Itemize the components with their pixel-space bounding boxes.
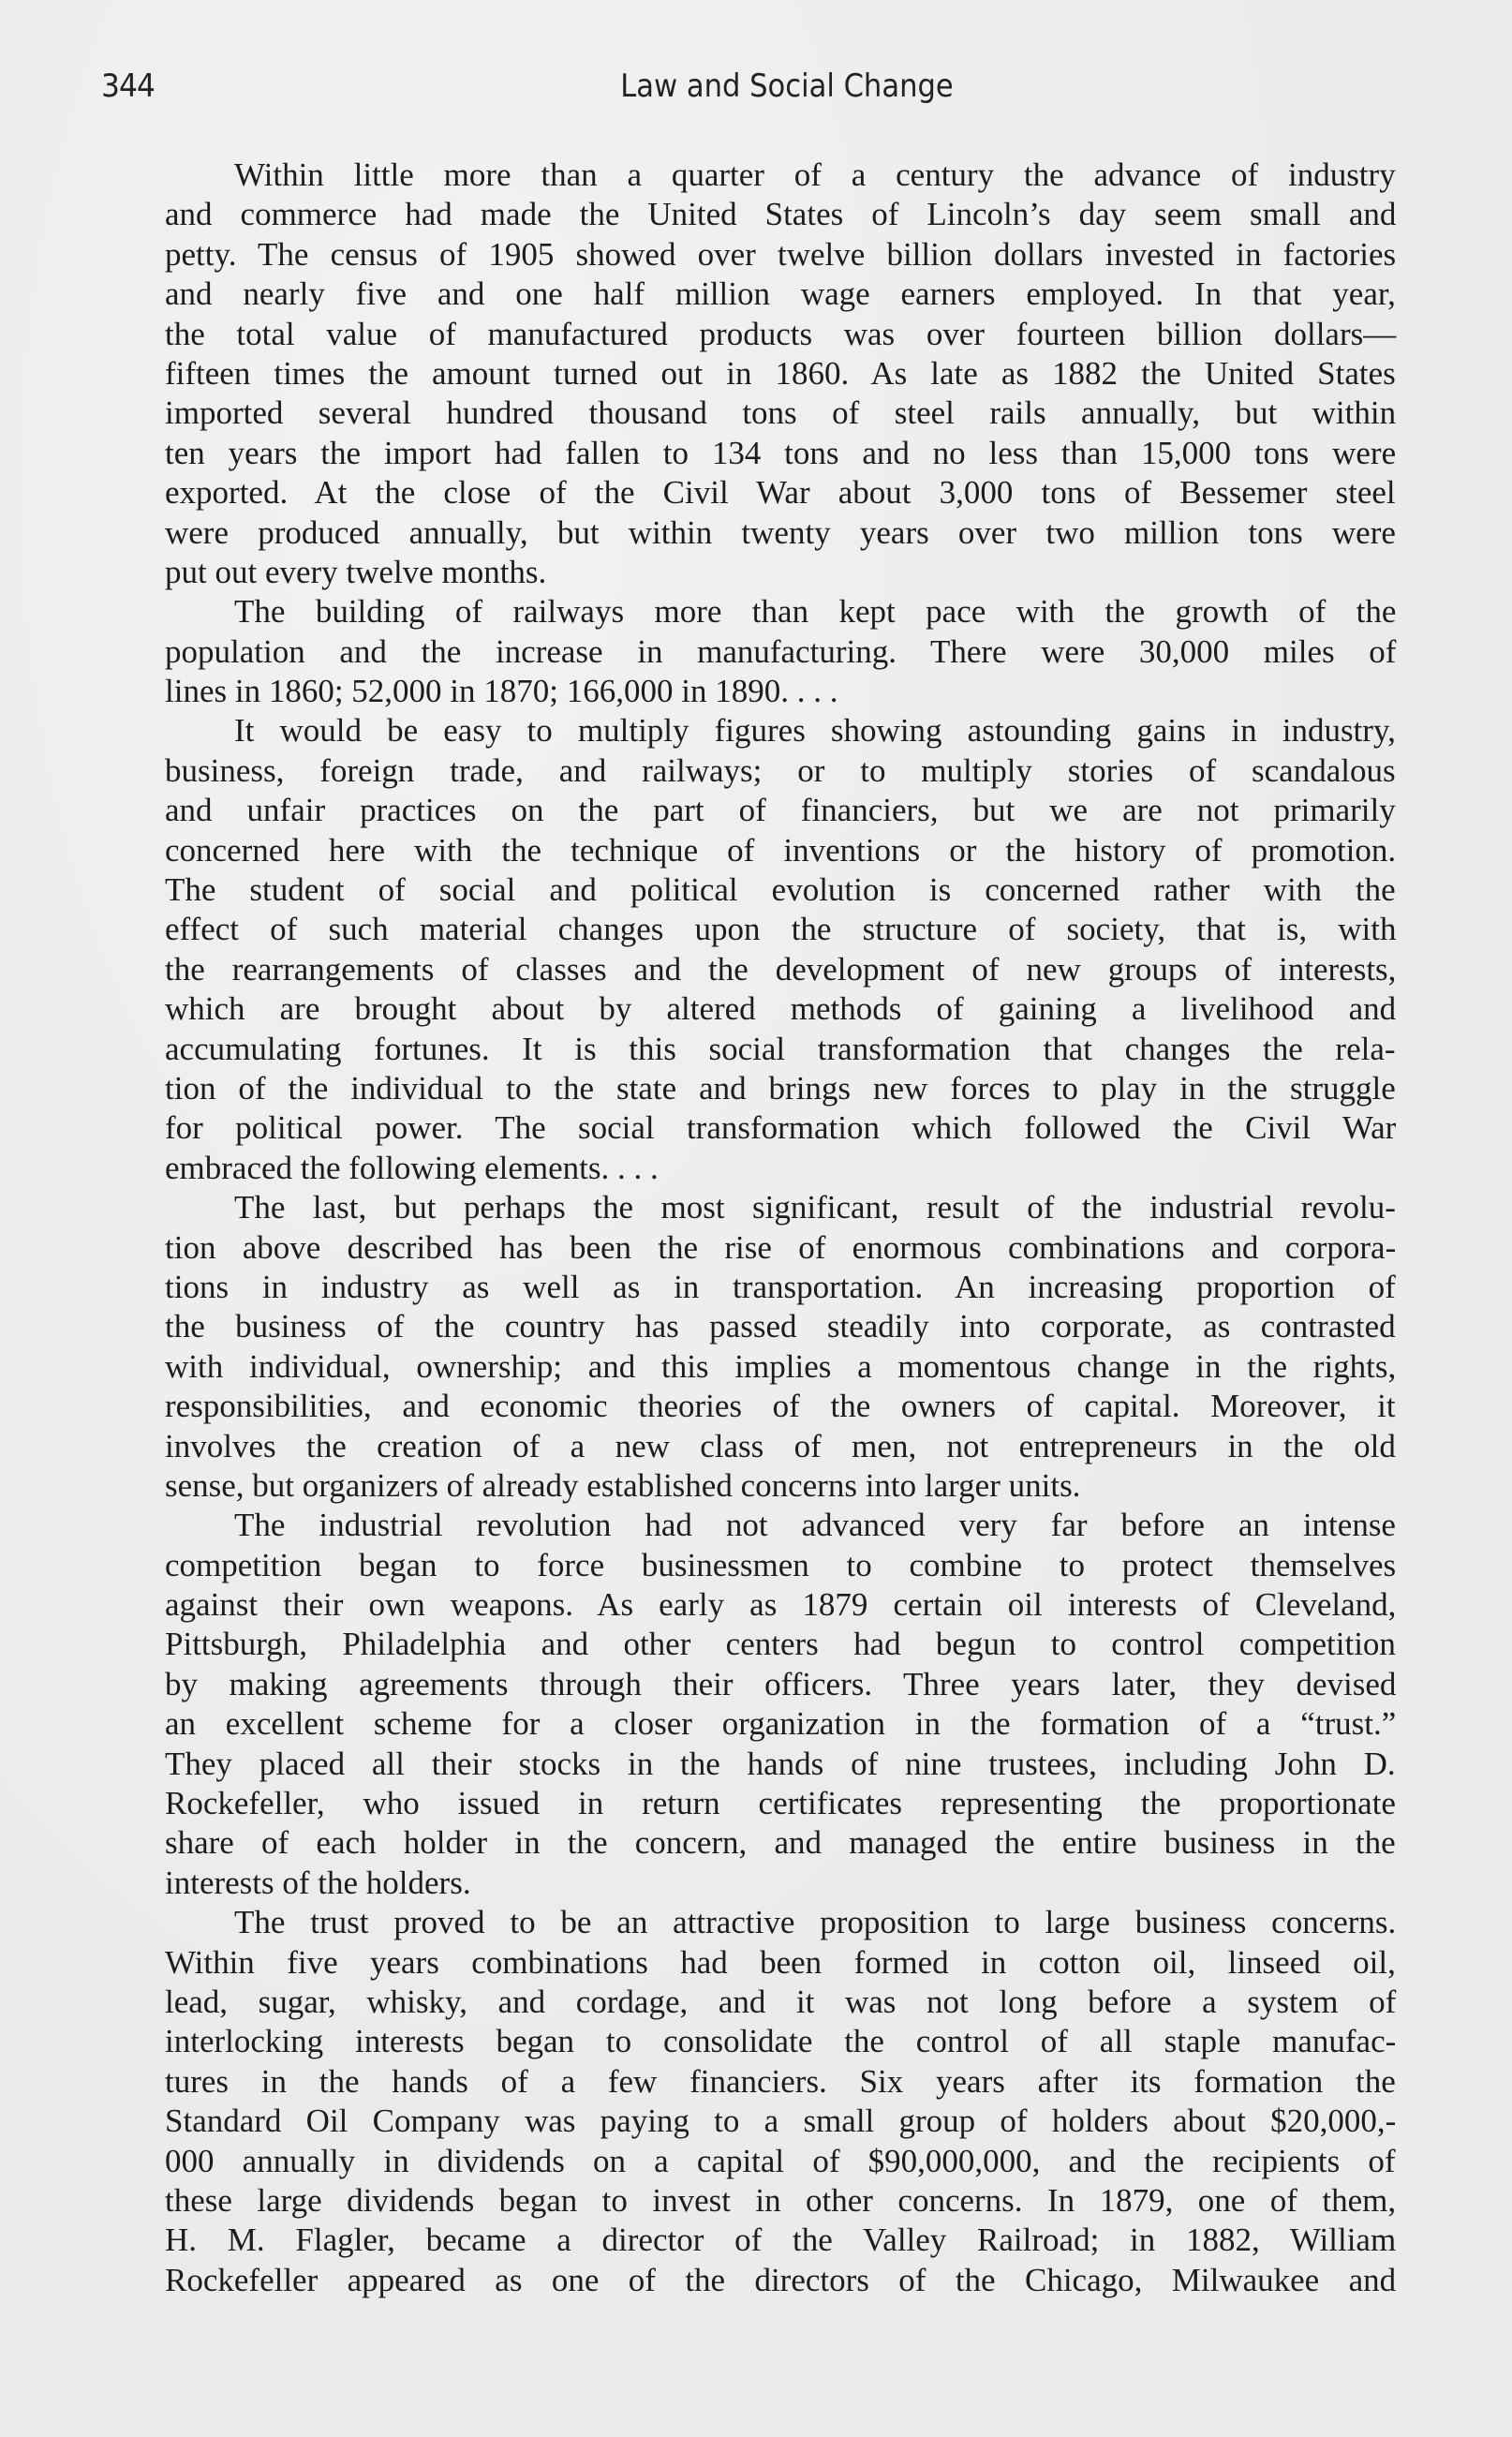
book-page: 344 Law and Social Change Within little … (0, 0, 1512, 2437)
text-line: lead, sugar, whisky, and cordage, and it… (165, 1983, 1396, 2022)
text-line: tures in the hands of a few financiers. … (165, 2062, 1396, 2102)
running-head: Law and Social Change (517, 67, 1057, 105)
text-line: the rearrangements of classes and the de… (165, 950, 1396, 989)
text-line: sense, but organizers of already establi… (165, 1466, 1396, 1506)
text-line: tion above described has been the rise o… (165, 1228, 1396, 1268)
text-line: the business of the country has passed s… (165, 1307, 1396, 1346)
text-line: and commerce had made the United States … (165, 195, 1396, 234)
text-line: against their own weapons. As early as 1… (165, 1585, 1396, 1625)
text-line: involves the creation of a new class of … (165, 1427, 1396, 1466)
text-line: by making agreements through their offic… (165, 1665, 1396, 1704)
text-line: Rockefeller, who issued in return certif… (165, 1784, 1396, 1823)
text-line: The building of railways more than kept … (165, 592, 1396, 632)
text-line: They placed all their stocks in the hand… (165, 1745, 1396, 1784)
text-line: were produced annually, but within twent… (165, 513, 1396, 553)
text-line: petty. The census of 1905 showed over tw… (165, 235, 1396, 275)
paragraph: The industrial revolution had not advanc… (165, 1506, 1396, 1903)
text-line: population and the increase in manufactu… (165, 632, 1396, 672)
text-line: for political power. The social transfor… (165, 1108, 1396, 1148)
text-line: imported several hundred thousand tons o… (165, 394, 1396, 433)
text-line: Within little more than a quarter of a c… (165, 156, 1396, 195)
page-number: 344 (101, 67, 155, 105)
text-line: fifteen times the amount turned out in 1… (165, 354, 1396, 394)
text-line: accumulating fortunes. It is this social… (165, 1030, 1396, 1069)
text-line: interests of the holders. (165, 1864, 1396, 1903)
text-line: The industrial revolution had not advanc… (165, 1506, 1396, 1545)
text-line: the total value of manufactured products… (165, 315, 1396, 354)
text-line: competition began to force businessmen t… (165, 1546, 1396, 1585)
text-line: The student of social and political evol… (165, 870, 1396, 910)
text-line: H. M. Flagler, became a director of the … (165, 2221, 1396, 2260)
text-line: put out every twelve months. (165, 553, 1396, 592)
text-line: Standard Oil Company was paying to a sma… (165, 2102, 1396, 2141)
paragraph: It would be easy to multiply figures sho… (165, 711, 1396, 1188)
paragraph: The building of railways more than kept … (165, 592, 1396, 711)
text-line: tion of the individual to the state and … (165, 1069, 1396, 1108)
text-line: which are brought about by altered metho… (165, 989, 1396, 1029)
text-line: and unfair practices on the part of fina… (165, 791, 1396, 830)
text-line: interlocking interests began to consolid… (165, 2022, 1396, 2061)
text-line: embraced the following elements. . . . (165, 1149, 1396, 1188)
text-line: share of each holder in the concern, and… (165, 1823, 1396, 1863)
paragraph: The trust proved to be an attractive pro… (165, 1903, 1396, 2300)
text-line: lines in 1860; 52,000 in 1870; 166,000 i… (165, 672, 1396, 711)
text-line: exported. At the close of the Civil War … (165, 473, 1396, 513)
body-text: Within little more than a quarter of a c… (165, 156, 1396, 2300)
text-line: and nearly five and one half million wag… (165, 275, 1396, 314)
text-line: Pittsburgh, Philadelphia and other cente… (165, 1625, 1396, 1664)
text-line: with individual, ownership; and this imp… (165, 1347, 1396, 1387)
text-line: The trust proved to be an attractive pro… (165, 1903, 1396, 1942)
text-line: Within five years combinations had been … (165, 1943, 1396, 1983)
text-line: an excellent scheme for a closer organiz… (165, 1704, 1396, 1744)
text-line: It would be easy to multiply figures sho… (165, 711, 1396, 750)
text-line: effect of such material changes upon the… (165, 910, 1396, 949)
text-line: The last, but perhaps the most significa… (165, 1188, 1396, 1227)
text-line: Rockefeller appeared as one of the direc… (165, 2261, 1396, 2300)
paragraph: Within little more than a quarter of a c… (165, 156, 1396, 592)
text-line: concerned here with the technique of inv… (165, 831, 1396, 870)
text-line: 000 annually in dividends on a capital o… (165, 2142, 1396, 2181)
text-line: responsibilities, and economic theories … (165, 1387, 1396, 1426)
paragraph: The last, but perhaps the most significa… (165, 1188, 1396, 1506)
text-line: these large dividends began to invest in… (165, 2181, 1396, 2221)
text-line: business, foreign trade, and railways; o… (165, 751, 1396, 791)
text-line: tions in industry as well as in transpor… (165, 1268, 1396, 1307)
text-line: ten years the import had fallen to 134 t… (165, 434, 1396, 473)
